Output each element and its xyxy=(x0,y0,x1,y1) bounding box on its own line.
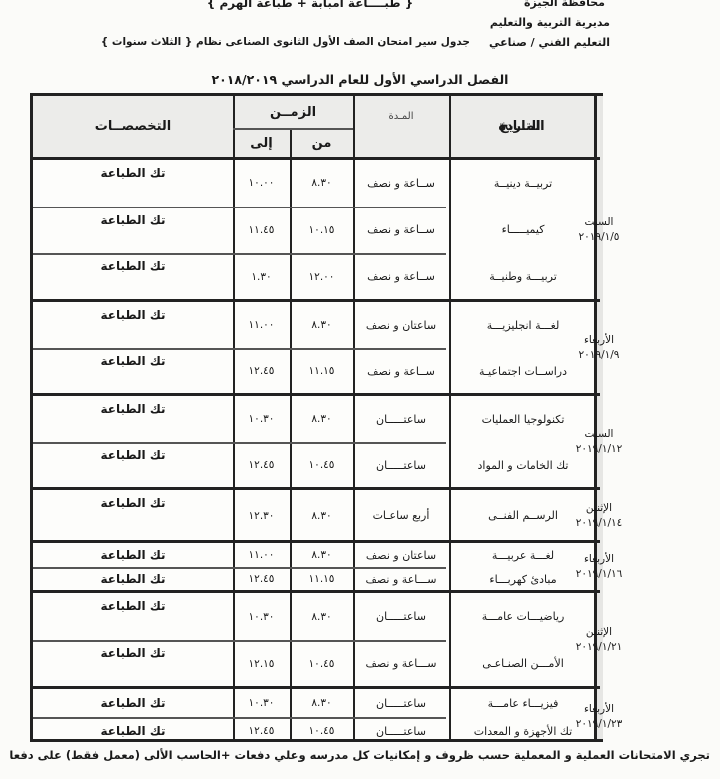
column-header-to: إلى xyxy=(233,130,290,157)
to-cell: ١٢.٣٠ xyxy=(233,490,290,541)
department-label: التعليم الفني / صناعي xyxy=(489,36,610,49)
to-cell: ١٠.٣٠ xyxy=(233,689,290,717)
schedule-title: جدول سير امتحان الصف الأول الثانوى الصنا… xyxy=(185,36,470,48)
to-cell: ١.٣٠ xyxy=(233,253,290,300)
specialization-cell: تك الطباعة xyxy=(33,302,233,334)
from-cell: ٨.٣٠ xyxy=(290,396,353,442)
exam-schedule-table: التاريخ المــادة المـدة الزمــن من إلى ا… xyxy=(30,93,603,742)
specialization-cell: تك الطباعة xyxy=(33,717,233,745)
from-cell: ١٠.٤٥ xyxy=(290,640,353,687)
to-cell: ١٢.٤٥ xyxy=(233,442,290,488)
duration-cell: ساعتـــــان xyxy=(353,717,449,745)
schools-label: { طبــــاعة امبابة + طباعة الهرم } xyxy=(180,0,440,10)
from-cell: ٨.٣٠ xyxy=(290,543,353,567)
specialization-cell: تك الطباعة xyxy=(33,640,233,672)
duration-cell: ساعتـــــان xyxy=(353,396,449,442)
specialization-cell: تك الطباعة xyxy=(33,396,233,428)
subject-cell: لغـــة انجليزيـــة xyxy=(449,302,597,348)
specialization-cell: تك الطباعة xyxy=(33,207,233,239)
column-header-specializations: التخصصــات xyxy=(33,96,233,157)
duration-cell: ســاعة و نصف xyxy=(353,207,449,254)
duration-cell: أربع ساعـات xyxy=(353,490,449,541)
from-cell: ٨.٣٠ xyxy=(290,593,353,640)
duration-cell: ساعتـــــان xyxy=(353,442,449,488)
specialization-cell: تك الطباعة xyxy=(33,543,233,567)
footer-note: تجري الامتحانات العملية و المعملية حسب ظ… xyxy=(10,748,710,762)
subject-cell: تربيـــة وطنيــة xyxy=(449,253,597,300)
duration-cell: ساعتـــــان xyxy=(353,689,449,717)
from-cell: ٨.٣٠ xyxy=(290,689,353,717)
duration-cell: ســاعة و نصف xyxy=(353,253,449,300)
subject-cell: رياضيـــات عامـــة xyxy=(449,593,597,640)
subject-cell: تك الأجهزة و المعدات xyxy=(449,717,597,745)
to-cell: ١٠.٠٠ xyxy=(233,160,290,207)
governorate-label: محافظة الجيزة xyxy=(524,0,605,9)
duration-cell: ســـاعة و نصف xyxy=(353,567,449,591)
subject-cell: دراســات اجتماعيـة xyxy=(449,348,597,394)
to-cell: ١١.٠٠ xyxy=(233,302,290,348)
specialization-cell: تك الطباعة xyxy=(33,490,233,522)
specialization-cell: تك الطباعة xyxy=(33,593,233,625)
from-cell: ١٢.٠٠ xyxy=(290,253,353,300)
to-cell: ١١.٤٥ xyxy=(233,207,290,254)
to-cell: ١٢.٤٥ xyxy=(233,717,290,745)
from-cell: ١٠.٤٥ xyxy=(290,442,353,488)
subject-cell: تربيــة دينيــة xyxy=(449,160,597,207)
specialization-cell: تك الطباعة xyxy=(33,567,233,591)
to-cell: ١٠.٣٠ xyxy=(233,396,290,442)
specialization-cell: تك الطباعة xyxy=(33,160,233,192)
to-cell: ١٢.٤٥ xyxy=(233,567,290,591)
to-cell: ١١.٠٠ xyxy=(233,543,290,567)
from-cell: ٨.٣٠ xyxy=(290,160,353,207)
directorate-label: مديرية التربية والتعليم xyxy=(490,16,610,29)
subject-cell: فيزيـــاء عامـــة xyxy=(449,689,597,717)
from-cell: ٨.٣٠ xyxy=(290,490,353,541)
to-cell: ١٢.٤٥ xyxy=(233,348,290,394)
duration-cell: ساعتان و نصف xyxy=(353,302,449,348)
duration-cell: ســاعة و نصف xyxy=(353,348,449,394)
duration-cell: ساعتان و نصف xyxy=(353,543,449,567)
duration-cell: ســـاعة و نصف xyxy=(353,640,449,687)
from-cell: ١١.١٥ xyxy=(290,348,353,394)
spacer xyxy=(594,96,600,157)
to-cell: ١٢.١٥ xyxy=(233,640,290,687)
from-cell: ١١.١٥ xyxy=(290,567,353,591)
to-cell: ١٠.٣٠ xyxy=(233,593,290,640)
subject-cell: لغـــة عربيـــة xyxy=(449,543,597,567)
term-title: الفصل الدراسي الأول للعام الدراسي ٢٠١٨/٢… xyxy=(0,72,720,87)
from-cell: ١٠.١٥ xyxy=(290,207,353,254)
from-cell: ١٠.٤٥ xyxy=(290,717,353,745)
specialization-cell: تك الطباعة xyxy=(33,253,233,285)
from-cell: ٨.٣٠ xyxy=(290,302,353,348)
subject-cell: تك الخامات و المواد xyxy=(449,442,597,488)
column-header-time: الزمــن xyxy=(233,96,353,128)
column-header-subject: المــادة xyxy=(449,96,594,157)
subject-cell: مبادئ كهربـــاء xyxy=(449,567,597,591)
subject-cell: تكنولوجيا العمليات xyxy=(449,396,597,442)
specialization-cell: تك الطباعة xyxy=(33,348,233,380)
column-header-from: من xyxy=(290,130,353,157)
subject-cell: الأمـــن الصنـاعـى xyxy=(449,640,597,687)
specialization-cell: تك الطباعة xyxy=(33,442,233,474)
specialization-cell: تك الطباعة xyxy=(33,689,233,717)
column-header-duration: المـدة xyxy=(353,96,449,136)
duration-cell: ســاعة و نصف xyxy=(353,160,449,207)
subject-cell: كيميـــــاء xyxy=(449,207,597,254)
duration-cell: ساعتـــــان xyxy=(353,593,449,640)
subject-cell: الرســم الفنــى xyxy=(449,490,597,541)
